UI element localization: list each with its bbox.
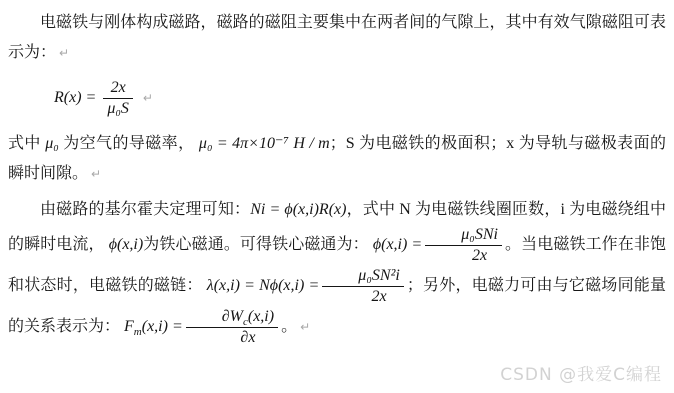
paragraph-mark-icon: ↵ [300, 320, 310, 334]
formula-reluctance-fraction: 2x μ₀S [103, 78, 137, 119]
fraction-denominator: 2x [425, 246, 502, 266]
force-symbol: F [124, 318, 134, 335]
text-segment: 由磁路的基尔霍夫定理可知： [40, 201, 250, 218]
fraction-denominator: ∂x [186, 328, 278, 348]
paragraph-mark-icon: ↵ [91, 167, 101, 181]
formula-force-fraction: ∂Wc(x,i)∂x [186, 307, 278, 348]
paragraph-permeability: 式中 μ₀ 为空气的导磁率， μ₀ = 4π×10⁻⁷ H / m；S 为电磁铁… [8, 129, 666, 189]
math-mu0-value: μ₀ = 4π×10⁻⁷ H / m [199, 135, 330, 152]
paragraph-intro: 电磁铁与刚体构成磁路，磁路的磁阻主要集中在两者间的气隙上，其中有效气隙磁阻可表示… [8, 8, 666, 68]
text-segment: 式中 [8, 135, 45, 152]
fraction-numerator: μ₀SN²i [322, 266, 404, 287]
fraction-numerator: μ₀SNi [425, 225, 502, 246]
document-page: 电磁铁与刚体构成磁路，磁路的磁阻主要集中在两者间的气隙上，其中有效气隙磁阻可表示… [0, 0, 674, 393]
math-flux-lhs: ϕ(x,i) = [373, 236, 422, 253]
formula-flux-linkage-fraction: μ₀SN²i2x [322, 266, 404, 307]
formula-reluctance-lhs: R(x) = [54, 89, 96, 107]
math-flux-linkage-lhs: λ(x,i) = Nϕ(x,i) = [207, 277, 320, 294]
force-subscript: m [134, 326, 142, 338]
paragraph-mark-icon: ↵ [59, 46, 69, 60]
fraction-numerator: ∂Wc(x,i) [186, 307, 278, 328]
paragraph-mark-icon: ↵ [143, 91, 153, 105]
formula-flux-fraction: μ₀SNi2x [425, 225, 502, 266]
math-mu0: μ₀ [45, 135, 59, 152]
math-force-lhs: Fm(x,i) = [124, 318, 183, 335]
intro-text: 电磁铁与刚体构成磁路，磁路的磁阻主要集中在两者间的气隙上，其中有效气隙磁阻可表示… [8, 14, 666, 61]
paragraph-kirchhoff: 由磁路的基尔霍夫定理可知：Ni = ϕ(x,i)R(x)，式中 N 为电磁铁线圈… [8, 195, 666, 348]
fraction-numerator: 2x [103, 78, 133, 99]
energy-partial: ∂W [222, 308, 243, 325]
text-segment: 为铁心磁通。可得铁心磁通为： [143, 236, 373, 253]
math-flux-symbol: ϕ(x,i) [109, 236, 143, 253]
force-args: (x,i) = [142, 318, 183, 335]
text-segment: 。 [281, 318, 297, 335]
energy-args: (x,i) [248, 308, 274, 325]
text-segment: 为空气的导磁率， [59, 135, 199, 152]
fraction-denominator: μ₀S [103, 99, 133, 119]
math-kirchhoff-equation: Ni = ϕ(x,i)R(x) [250, 201, 346, 218]
fraction-denominator: 2x [322, 287, 404, 307]
formula-air-gap-reluctance: R(x) = 2x μ₀S ↵ [54, 74, 666, 122]
csdn-watermark: CSDN @我爱C编程 [500, 360, 662, 385]
